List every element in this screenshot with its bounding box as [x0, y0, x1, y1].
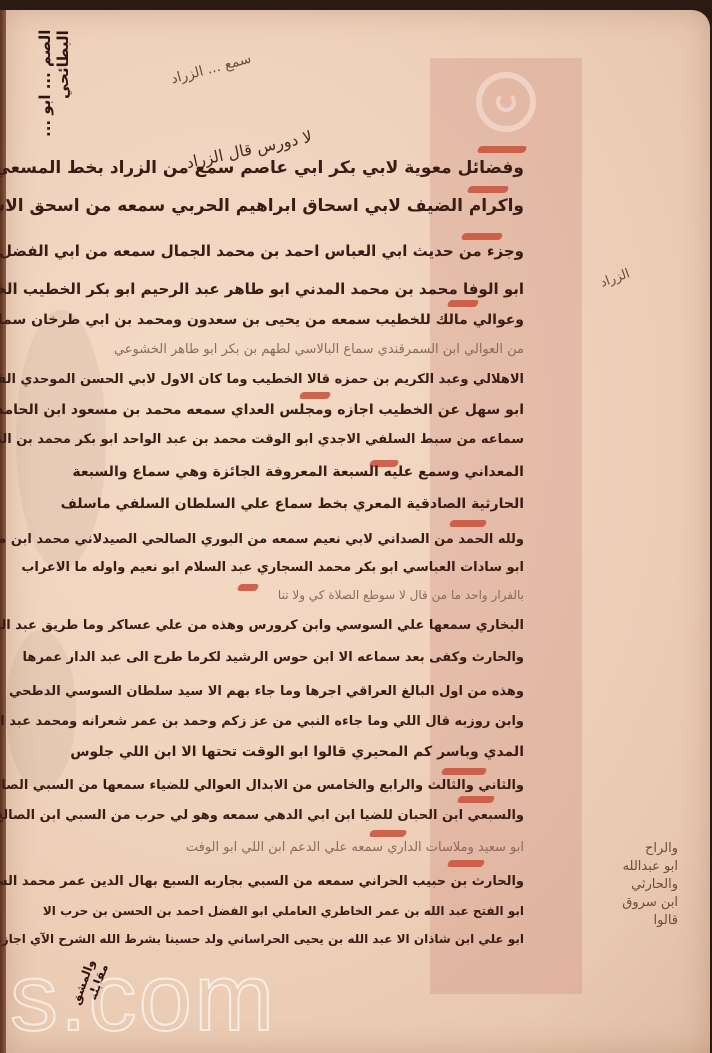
text-line: والثاني والثالث والرابع والخامس من الابد… [54, 778, 524, 793]
rubric-mark [461, 233, 504, 240]
rubric-mark [447, 860, 486, 867]
watermark-text: s.com [10, 950, 276, 1046]
text-line: الاهلالي وعبد الكريم بن حمزه قالا الخطيب… [54, 372, 524, 387]
text-line: ولله الحمد من الصداني لابي نعيم سمعه من … [54, 532, 524, 547]
text-line: سماعه من سبط السلفي الاجدي ابو الوقت محم… [54, 432, 524, 447]
rubric-mark [441, 768, 488, 775]
text-line: المدي وباسر كم المحيري قالوا ابو الوقت ت… [54, 744, 524, 760]
text-line: وعوالي مالك للخطيب سمعه من يحيى بن سعدون… [54, 312, 524, 328]
note-line: والحارثي [598, 876, 678, 894]
text-line: ابو سهل عن الخطيب اجازه ومجلس العداي سمع… [54, 402, 524, 418]
text-line: وفضائل معوية لابي بكر ابي عاصم سمع من ال… [54, 158, 524, 178]
rubric-mark [457, 796, 496, 803]
note-line: والراح [598, 840, 678, 858]
text-line: بالفرار واحد ما من قال لا سوطع الصلاة كي… [54, 588, 524, 602]
text-line: ابو سعيد وملاسات الداري سمعه علي الدعم ا… [54, 840, 524, 855]
text-line: وابن روزبه قال اللي وما جاءه النبي من عز… [54, 714, 524, 729]
note-line: ابن سروق قالوا [598, 894, 678, 930]
right-margin-note-block: والراح ابو عبدالله والحارثي ابن سروق قال… [598, 840, 678, 930]
text-line: واكرام الضيف لابي اسحاق ابراهيم الحربي س… [54, 196, 524, 216]
rubric-mark [447, 300, 480, 307]
text-line: وجزء من حديث ابي العباس احمد بن محمد الج… [54, 242, 524, 260]
rubric-mark [477, 146, 528, 153]
rubric-mark [299, 392, 332, 399]
text-line: المعداني وسمع عليه السبعة المعروفة الجائ… [54, 464, 524, 480]
text-line: والسبعي ابن الحبان للضيا ابن ابي الدهي س… [54, 808, 524, 823]
text-line: البخاري سمعها علي السوسي وابن كرورس وهذه… [54, 618, 524, 633]
text-line: ابو الوفا محمد بن محمد المدني ابو طاهر ع… [54, 280, 524, 298]
text-line: ابو سادات العباسي ابو بكر محمد السجاري ع… [54, 560, 524, 575]
rubric-mark [449, 520, 488, 527]
text-line: وهذه من اول البالغ العراقي اجرها وما جاء… [54, 684, 524, 699]
text-line: من العوالي ابن السمرقندي سماع البالاسي ل… [54, 342, 524, 357]
text-line: والحارث وكفى بعد سماعه الا ابن حوس الرشي… [54, 650, 524, 665]
note-line: ابو عبدالله [598, 858, 678, 876]
rubric-mark [369, 830, 408, 837]
text-line: الحارثية الصادقية المعري بخط سماع علي ال… [54, 496, 524, 512]
circle-logo-icon [476, 72, 536, 132]
text-line: ابو الفتح عبد الله بن عمر الخاطري العامل… [54, 904, 524, 918]
text-line: والحارث بن حبيب الحراني سمعه من السبي بج… [54, 874, 524, 889]
rubric-mark [467, 186, 510, 193]
